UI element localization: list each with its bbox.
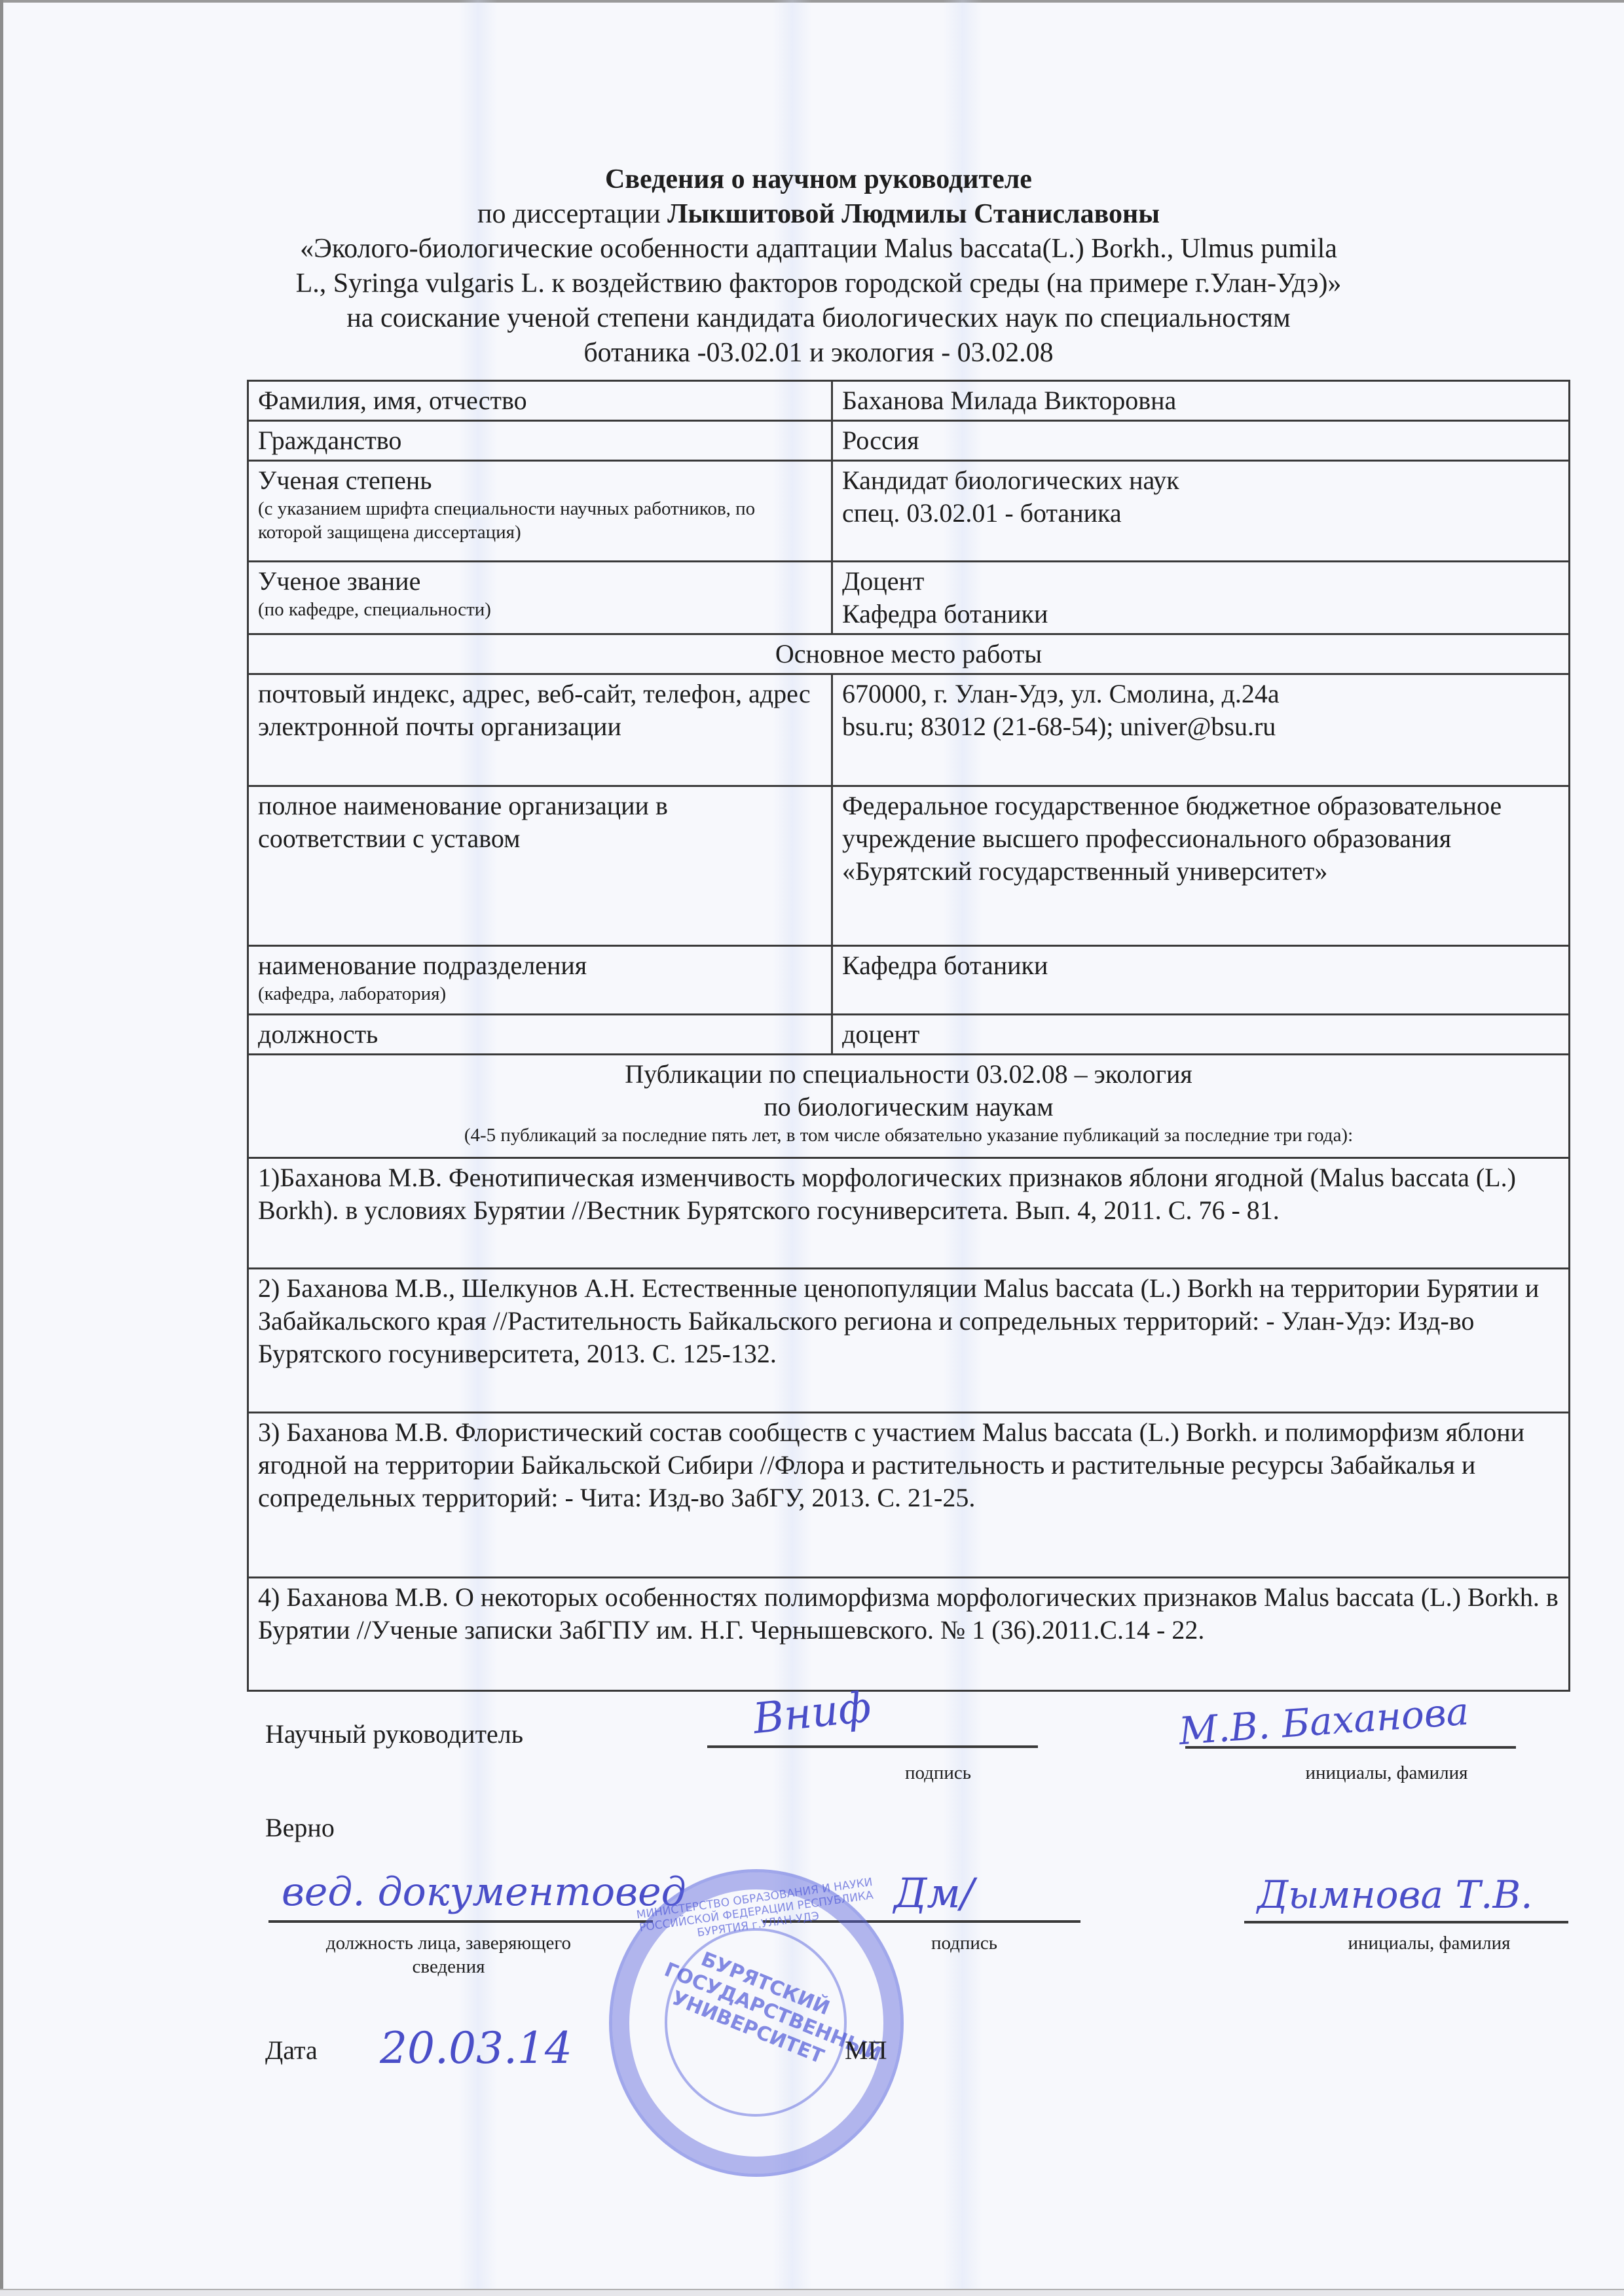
row-value-line: Кафедра ботаники xyxy=(842,598,1559,630)
row-value: доцент xyxy=(832,1015,1570,1055)
date-label: Дата xyxy=(265,2035,318,2066)
scan-edge-bottom xyxy=(0,2289,1624,2296)
verified-label: Верно xyxy=(265,1812,335,1844)
document-header: Сведения о научном руководителе по диссе… xyxy=(229,162,1408,371)
certifier-initials-caption: инициалы, фамилия xyxy=(1244,1931,1568,1955)
specialties-line: ботаника -03.02.01 и экология - 03.02.08 xyxy=(229,336,1408,371)
table-row: наименование подразделения (кафедра, лаб… xyxy=(248,946,1570,1015)
document-title: Сведения о научном руководителе xyxy=(229,162,1408,197)
row-value-line: спец. 03.02.01 - ботаника xyxy=(842,497,1559,530)
row-value: Федеральное государственное бюджетное об… xyxy=(832,786,1570,946)
row-label-cell: Ученая степень (с указанием шрифта специ… xyxy=(248,461,832,562)
row-value-line: Кандидат биологических наук xyxy=(842,464,1559,497)
scan-edge-left xyxy=(0,0,3,2296)
row-label: Фамилия, имя, отчество xyxy=(248,381,832,421)
date-handwritten: 20.03.14 xyxy=(380,2023,572,2073)
author-name: Лыкшитовой Людмилы Станиславоны xyxy=(667,199,1160,229)
supervisor-signature: Вниф xyxy=(751,1683,874,1743)
dissertation-author-line: по диссертации Лыкшитовой Людмилы Станис… xyxy=(229,197,1408,232)
row-value: Россия xyxy=(832,421,1570,461)
table-row: Фамилия, имя, отчество Баханова Милада В… xyxy=(248,381,1570,421)
row-note: (с указанием шрифта специальности научны… xyxy=(258,497,822,544)
scan-edge-top xyxy=(0,0,1624,3)
degree-line: на соискание ученой степени кандидата би… xyxy=(229,301,1408,336)
row-value-line: bsu.ru; 83012 (21-68-54); univer@bsu.ru xyxy=(842,710,1559,743)
row-value-line: Доцент xyxy=(842,565,1559,598)
seal-label: МП xyxy=(845,2035,887,2066)
supervisor-label: Научный руководитель xyxy=(265,1719,523,1750)
certifier-position-caption: должность лица, заверяющего сведения xyxy=(265,1931,632,1978)
publication-row: 3) Баханова М.В. Флористический состав с… xyxy=(248,1413,1570,1578)
publications-heading-cell: Публикации по специальности 03.02.08 – э… xyxy=(248,1055,1570,1158)
publication-item: 1)Баханова М.В. Фенотипическая изменчиво… xyxy=(248,1158,1570,1269)
table-row: должность доцент xyxy=(248,1015,1570,1055)
certifier-initials-line xyxy=(1244,1921,1568,1923)
table-row: Ученое звание (по кафедре, специальности… xyxy=(248,562,1570,634)
table-row: Гражданство Россия xyxy=(248,421,1570,461)
row-label: почтовый индекс, адрес, веб-сайт, телефо… xyxy=(248,674,832,786)
row-label: Ученое звание xyxy=(258,566,420,596)
section-heading-row: Публикации по специальности 03.02.08 – э… xyxy=(248,1055,1570,1158)
author-prefix: по диссертации xyxy=(477,199,667,229)
initials-caption: инициалы, фамилия xyxy=(1185,1761,1516,1785)
section-heading-row: Основное место работы xyxy=(248,634,1570,674)
publication-item: 4) Баханова М.В. О некоторых особенностя… xyxy=(248,1578,1570,1691)
publication-row: 4) Баханова М.В. О некоторых особенностя… xyxy=(248,1578,1570,1691)
table-row: полное наименование организации в соотве… xyxy=(248,786,1570,946)
row-value-cell: 670000, г. Улан-Удэ, ул. Смолина, д.24а … xyxy=(832,674,1570,786)
supervisor-info-table: Фамилия, имя, отчество Баханова Милада В… xyxy=(247,380,1570,1692)
publication-row: 1)Баханова М.В. Фенотипическая изменчиво… xyxy=(248,1158,1570,1269)
initials-line xyxy=(1185,1746,1516,1749)
publications-heading: Публикации по специальности 03.02.08 – э… xyxy=(258,1058,1559,1091)
row-note: (по кафедре, специальности) xyxy=(258,598,822,621)
row-value-line: 670000, г. Улан-Удэ, ул. Смолина, д.24а xyxy=(842,678,1559,710)
certifier-signature: Дм/ xyxy=(894,1869,974,1917)
caption-line: сведения xyxy=(265,1955,632,1978)
dissertation-title-line-1: «Эколого-биологические особенности адапт… xyxy=(229,232,1408,266)
publications-subheading: по биологическим наукам xyxy=(258,1091,1559,1123)
signature-caption: подпись xyxy=(707,1761,1038,1785)
row-label-cell: Ученое звание (по кафедре, специальности… xyxy=(248,562,832,634)
signature-line xyxy=(707,1745,1038,1748)
caption-line: должность лица, заверяющего xyxy=(265,1931,632,1955)
row-value-cell: Доцент Кафедра ботаники xyxy=(832,562,1570,634)
dissertation-title-line-2: L., Syringa vulgaris L. к воздействию фа… xyxy=(229,266,1408,301)
row-label-cell: наименование подразделения (кафедра, лаб… xyxy=(248,946,832,1015)
workplace-heading: Основное место работы xyxy=(248,634,1570,674)
publication-row: 2) Баханова М.В., Шелкунов А.Н. Естестве… xyxy=(248,1269,1570,1413)
row-label: наименование подразделения xyxy=(258,951,587,980)
row-label: Гражданство xyxy=(248,421,832,461)
row-value: Баханова Милада Викторовна xyxy=(832,381,1570,421)
table-row: Ученая степень (с указанием шрифта специ… xyxy=(248,461,1570,562)
row-label: полное наименование организации в соотве… xyxy=(248,786,832,946)
university-seal-stamp: МИНИСТЕРСТВО ОБРАЗОВАНИЯ И НАУКИ РОССИЙС… xyxy=(609,1869,904,2177)
row-note: (кафедра, лаборатория) xyxy=(258,982,822,1006)
certifier-position-line xyxy=(268,1920,653,1923)
supervisor-initials-handwritten: М.В. Баханова xyxy=(1177,1689,1470,1754)
certifier-initials-handwritten: Дымнова Т.В. xyxy=(1257,1872,1533,1917)
publications-note: (4-5 публикаций за последние пять лет, в… xyxy=(258,1123,1559,1147)
row-value: Кафедра ботаники xyxy=(832,946,1570,1015)
certifier-position-handwritten: вед. документовед xyxy=(282,1869,686,1915)
row-label: Ученая степень xyxy=(258,465,432,495)
row-label: должность xyxy=(248,1015,832,1055)
publication-item: 3) Баханова М.В. Флористический состав с… xyxy=(248,1413,1570,1578)
row-value-cell: Кандидат биологических наук спец. 03.02.… xyxy=(832,461,1570,562)
table-row: почтовый индекс, адрес, веб-сайт, телефо… xyxy=(248,674,1570,786)
publication-item: 2) Баханова М.В., Шелкунов А.Н. Естестве… xyxy=(248,1269,1570,1413)
